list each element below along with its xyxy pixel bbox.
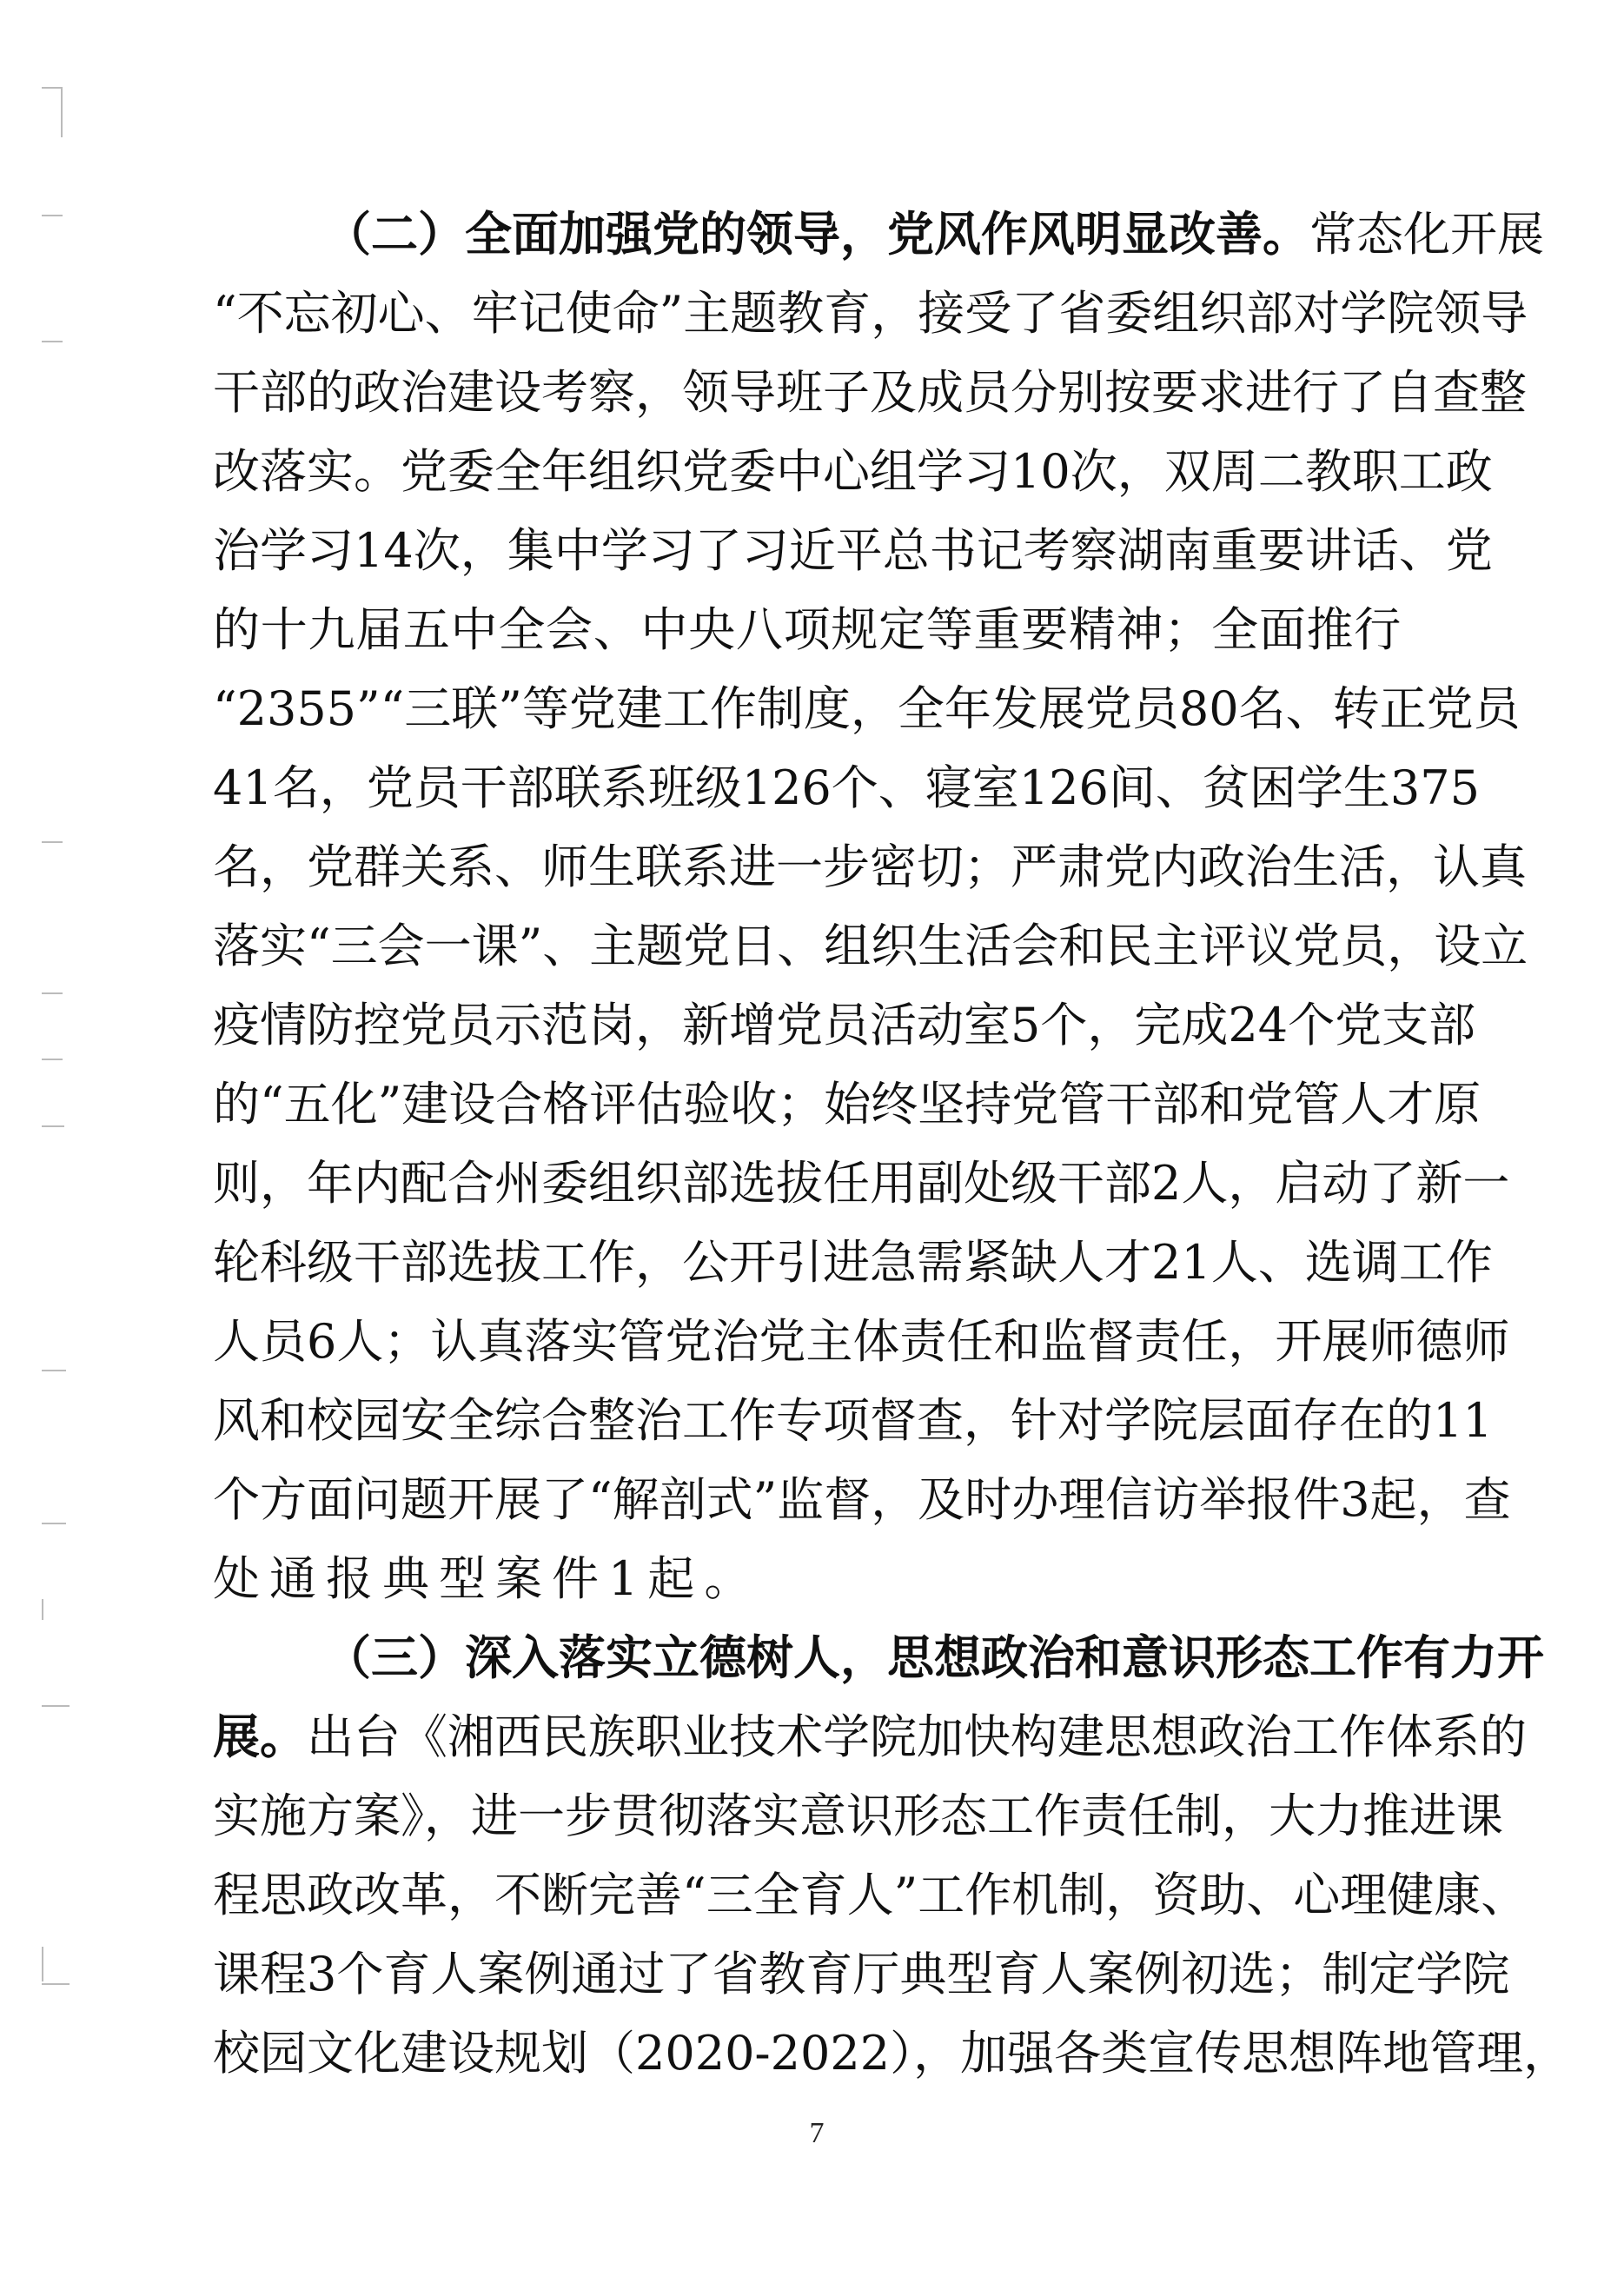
paragraph-line: 落实“三会一课”、主题党日、组织生活会和民主评议党员，设立 (213, 917, 1402, 996)
paragraph-line: （二）全面加强党的领导，党风作风明显改善。常态化开展 (213, 205, 1402, 284)
scan-mark (42, 1983, 70, 1985)
line-text: 程思政改革，不断完善“三全育人”工作机制，资助、心理健康、 (213, 1866, 1528, 1945)
line-text: 课程3个育人案例通过了省教育厅典型育人案例初选；制定学院 (213, 1945, 1509, 2024)
paragraph-line: “不忘初心、牢记使命”主题教育，接受了省委组织部对学院领导 (213, 284, 1402, 363)
section-heading: （二）全面加强党的领导，党风作风明显改善。 (324, 205, 1309, 284)
scan-mark (42, 841, 63, 843)
scan-mark (42, 1370, 66, 1371)
paragraph-line: （三）深入落实立德树人，思想政治和意识形态工作有力开 (213, 1629, 1402, 1708)
line-text: 疫情防控党员示范岗，新增党员活动室5个，完成24个党支部 (213, 996, 1475, 1075)
paragraph-line: 改落实。党委全年组织党委中心组学习10次，双周二教职工政 (213, 442, 1402, 521)
paragraph-line: 41名，党员干部联系班级126个、寝室126间、贫困学生375 (213, 759, 1402, 838)
line-text: “2355”“三联”等党建工作制度，全年发展党员80名、转正党员 (213, 680, 1521, 759)
scan-mark (42, 215, 63, 216)
paragraph-line: 则，年内配合州委组织部选拔任用副处级干部2人，启动了新一 (213, 1154, 1402, 1233)
line-text: 实施方案》，进一步贯彻落实意识形态工作责任制，大力推进课 (213, 1787, 1503, 1866)
scan-mark (42, 87, 63, 89)
line-text: 名，党群关系、师生联系进一步密切；严肃党内政治生活，认真 (213, 838, 1527, 917)
line-text: “不忘初心、牢记使命”主题教育，接受了省委组织部对学院领导 (213, 284, 1528, 363)
paragraph-line: 疫情防控党员示范岗，新增党员活动室5个，完成24个党支部 (213, 996, 1402, 1075)
line-text: 常态化开展 (1309, 205, 1544, 284)
paragraph-line: 校园文化建设规划（2020-2022），加强各类宣传思想阵地管理， (213, 2024, 1402, 2103)
scan-mark (42, 341, 63, 342)
paragraph-line: 轮科级干部选拔工作，公开引进急需紧缺人才21人、选调工作 (213, 1233, 1402, 1312)
scan-mark (42, 1523, 66, 1524)
scan-mark (42, 1059, 63, 1060)
line-text: 落实“三会一课”、主题党日、组织生活会和民主评议党员，设立 (213, 917, 1528, 996)
line-text: 治学习14次，集中学习了习近平总书记考察湖南重要讲话、党 (213, 521, 1493, 601)
paragraph-line: 展。出台《湘西民族职业技术学院加快构建思想政治工作体系的 (213, 1708, 1402, 1787)
scan-mark (42, 992, 63, 994)
line-text: 处通报典型案件1起。 (213, 1550, 760, 1629)
line-text: 人员6人；认真落实管党治党主体责任和监督责任，开展师德师 (213, 1312, 1509, 1391)
scan-mark (42, 1705, 70, 1707)
scan-mark (42, 1125, 64, 1127)
paragraph-line: 的“五化”建设合格评估验收；始终坚持党管干部和党管人才原 (213, 1075, 1402, 1154)
paragraph-line: 程思政改革，不断完善“三全育人”工作机制，资助、心理健康、 (213, 1866, 1402, 1945)
paragraph-line: “2355”“三联”等党建工作制度，全年发展党员80名、转正党员 (213, 680, 1402, 759)
paragraph-line: 人员6人；认真落实管党治党主体责任和监督责任，开展师德师 (213, 1312, 1402, 1391)
document-page: （二）全面加强党的领导，党风作风明显改善。常态化开展 “不忘初心、牢记使命”主题… (0, 0, 1624, 2290)
page-number: 7 (799, 2117, 834, 2150)
paragraph-line: 风和校园安全综合整治工作专项督查，针对学院层面存在的11 (213, 1391, 1402, 1470)
paragraph-line: 名，党群关系、师生联系进一步密切；严肃党内政治生活，认真 (213, 838, 1402, 917)
line-text: 风和校园安全综合整治工作专项督查，针对学院层面存在的11 (213, 1391, 1493, 1470)
section-heading-tail: 展。 (213, 1708, 307, 1787)
line-text: 出台《湘西民族职业技术学院加快构建思想政治工作体系的 (307, 1708, 1527, 1787)
paragraph-line: 的十九届五中全会、中央八项规定等重要精神；全面推行 (213, 601, 1402, 680)
paragraph-line: 课程3个育人案例通过了省教育厅典型育人案例初选；制定学院 (213, 1945, 1402, 2024)
scan-mark (42, 1947, 43, 1981)
line-text: 改落实。党委全年组织党委中心组学习10次，双周二教职工政 (213, 442, 1493, 521)
paragraph-line: 治学习14次，集中学习了习近平总书记考察湖南重要讲话、党 (213, 521, 1402, 601)
line-text: 校园文化建设规划（2020-2022），加强各类宣传思想阵地管理， (213, 2024, 1570, 2103)
scan-mark (42, 1599, 43, 1620)
line-text: 轮科级干部选拔工作，公开引进急需紧缺人才21人、选调工作 (213, 1233, 1493, 1312)
paragraph-line: 实施方案》，进一步贯彻落实意识形态工作责任制，大力推进课 (213, 1787, 1402, 1866)
line-text: 干部的政治建设考察，领导班子及成员分别按要求进行了自查整 (213, 363, 1527, 442)
paragraph-line: 干部的政治建设考察，领导班子及成员分别按要求进行了自查整 (213, 363, 1402, 442)
paragraph-line: 个方面问题开展了“解剖式”监督，及时办理信访举报件3起，查 (213, 1470, 1402, 1550)
line-text: 的“五化”建设合格评估验收；始终坚持党管干部和党管人才原 (213, 1075, 1481, 1154)
line-text: 个方面问题开展了“解剖式”监督，及时办理信访举报件3起，查 (213, 1470, 1511, 1550)
section-heading: （三）深入落实立德树人，思想政治和意识形态工作有力开 (324, 1629, 1544, 1708)
line-text: 的十九届五中全会、中央八项规定等重要精神；全面推行 (213, 601, 1402, 680)
body-text: （二）全面加强党的领导，党风作风明显改善。常态化开展 “不忘初心、牢记使命”主题… (213, 205, 1402, 2103)
line-text: 则，年内配合州委组织部选拔任用副处级干部2人，启动了新一 (213, 1154, 1509, 1233)
scan-mark (61, 87, 63, 137)
line-text: 41名，党员干部联系班级126个、寝室126间、贫困学生375 (213, 759, 1480, 838)
paragraph-line: 处通报典型案件1起。 (213, 1550, 1402, 1629)
